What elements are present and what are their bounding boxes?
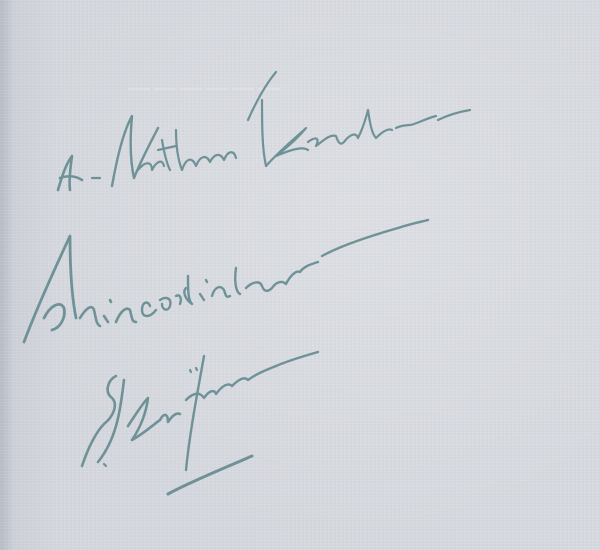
inscription-line-1 [58,72,470,190]
photograph: —————— A. Nathan Berendsen [0,0,600,550]
handwriting-ink [0,0,600,550]
signature [82,352,318,494]
inscription-line-2 [24,220,428,342]
